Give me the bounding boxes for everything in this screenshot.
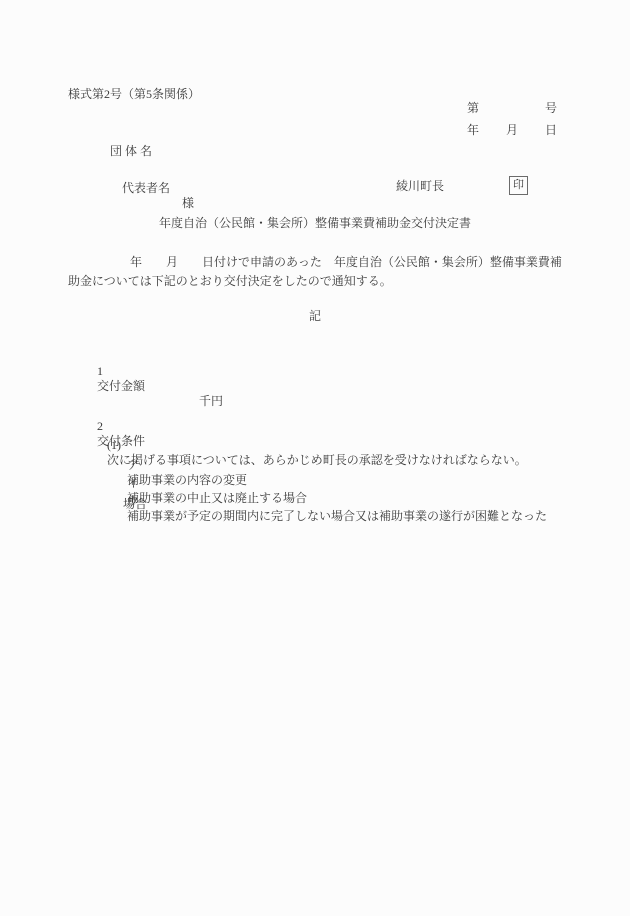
date-year-label: 年 — [467, 123, 479, 138]
document-number-line: 第 号 — [467, 101, 557, 116]
mayor-title: 綾川町長 — [396, 179, 444, 194]
grant-amount-number: 1 — [97, 364, 117, 379]
organization-name-label: 団 体 名 — [110, 144, 152, 159]
document-number-suffix: 号 — [545, 101, 557, 116]
condition-sub-item-u-continuation: 場合 — [123, 497, 147, 512]
condition-sub-item-u-text: 補助事業が予定の期間内に完了しない場合又は補助事業の遂行が困難となった — [127, 509, 547, 523]
condition-sub-item-u: ウ 補助事業が予定の期間内に完了しない場合又は補助事業の遂行が困難となった — [115, 479, 547, 539]
body-paragraph-line-2: 助金については下記のとおり交付決定をしたので通知する。 — [68, 274, 392, 289]
date-line: 年 月 日 — [467, 123, 557, 138]
date-day-label: 日 — [545, 123, 557, 138]
seal-box: 印 — [509, 176, 528, 195]
seal-label: 印 — [513, 180, 524, 191]
body-paragraph-line-1: 年 月 日付けで申請のあった 年度自治（公民館・集会所）整備事業費補 — [130, 255, 562, 270]
grant-amount-unit: 千円 — [199, 394, 223, 408]
grant-amount-label: 交付金額 — [97, 379, 145, 393]
representative-name-label: 代表者名 — [122, 181, 170, 195]
document-number-prefix: 第 — [467, 101, 479, 116]
date-month-label: 月 — [506, 123, 518, 138]
form-number: 様式第2号（第5条関係） — [68, 87, 200, 102]
honorific-sama: 様 — [182, 196, 194, 210]
document-title: 年度自治（公民館・集会所）整備事業費補助金交付決定書 — [0, 216, 630, 231]
record-heading: 記 — [0, 309, 630, 324]
document-page: 様式第2号（第5条関係） 第 号 年 月 日 団 体 名 代表者名 様 綾川町長… — [0, 0, 630, 916]
